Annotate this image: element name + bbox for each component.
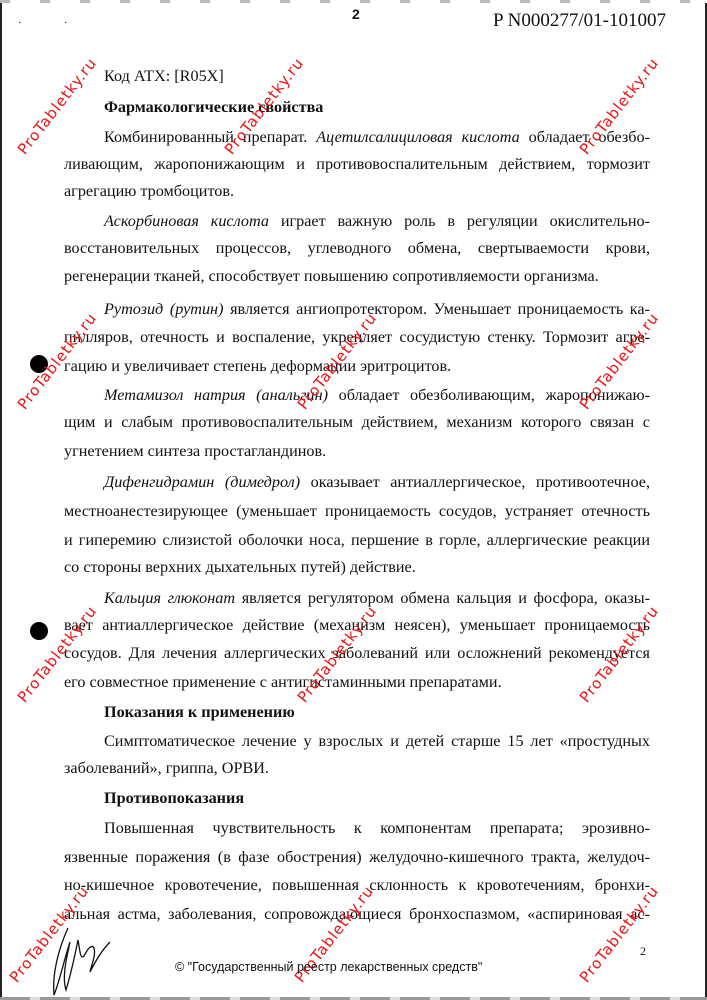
page-border-left bbox=[0, 0, 2, 1000]
registration-number: P N000277/01-101007 bbox=[493, 10, 666, 32]
footer-page-number: 2 bbox=[640, 944, 646, 959]
paragraph-line: язвенные поражения (в фазе обострения) ж… bbox=[64, 847, 650, 867]
header-page-number: 2 bbox=[352, 6, 360, 22]
paragraph-line: ливающим, жаропонижающим и противовоспал… bbox=[64, 154, 650, 174]
paragraph-line: заболеваний», гриппа, ОРВИ. bbox=[64, 758, 650, 778]
paragraph-line: Дифенгидрамин (димедрол) оказывает антиа… bbox=[104, 472, 650, 492]
paragraph-line: Аскорбиновая кислота играет важную роль … bbox=[104, 211, 650, 231]
paragraph-line: угнетением синтеза простагландинов. bbox=[64, 441, 650, 461]
paragraph-line: щим и слабым противовоспалительным дейст… bbox=[64, 412, 650, 432]
scan-speck: · bbox=[64, 18, 67, 29]
paragraph-line: Комбинированный препарат. Ацетилсалицило… bbox=[104, 127, 650, 147]
paragraph-line: Симптоматическое лечение у взрослых и де… bbox=[104, 731, 650, 751]
paragraph-line: Кальция глюконат является регулятором об… bbox=[104, 588, 650, 608]
signature-scribble bbox=[40, 920, 115, 1000]
section-title-contraindications: Противопоказания bbox=[104, 788, 690, 808]
paragraph-line: Повышенная чувствительность к компонента… bbox=[104, 818, 650, 838]
watermark: ProTabletky.ru bbox=[576, 882, 663, 986]
footer-copyright: © "Государственный реестр лекарственных … bbox=[175, 960, 482, 974]
paragraph-line: и гиперемию слизистой оболочки носа, пер… bbox=[64, 530, 650, 550]
paragraph-line: сосудов. Для лечения аллергических забол… bbox=[64, 643, 650, 663]
paragraph-line: восстановительных процессов, углеводного… bbox=[64, 238, 650, 258]
scan-speck: · bbox=[18, 18, 21, 29]
paragraph-line: Рутозид (рутин) является ангиопротекторо… bbox=[104, 299, 650, 319]
section-title-indications: Показания к применению bbox=[104, 702, 690, 722]
atc-code: Код АТХ: [R05X] bbox=[104, 66, 690, 86]
paragraph-line: местноанестезирующее (уменьшает проницае… bbox=[64, 501, 650, 521]
paragraph-line: его совместное применение с антигистамин… bbox=[64, 672, 650, 692]
paragraph-line: регенерации тканей, способствует повышен… bbox=[64, 266, 650, 286]
watermark: ProTabletky.ru bbox=[14, 54, 101, 158]
scan-edge-top bbox=[0, 0, 707, 3]
paragraph-line: агрегацию тромбоцитов. bbox=[64, 181, 650, 201]
margin-bullet-mark bbox=[30, 622, 48, 640]
paragraph-line: гацию и увеличивает степень деформации э… bbox=[64, 356, 650, 376]
paragraph-line: со стороны верхних дыхательных путей) де… bbox=[64, 557, 650, 577]
paragraph-line: Метамизол натрия (анальгин) обладает обе… bbox=[104, 385, 650, 405]
